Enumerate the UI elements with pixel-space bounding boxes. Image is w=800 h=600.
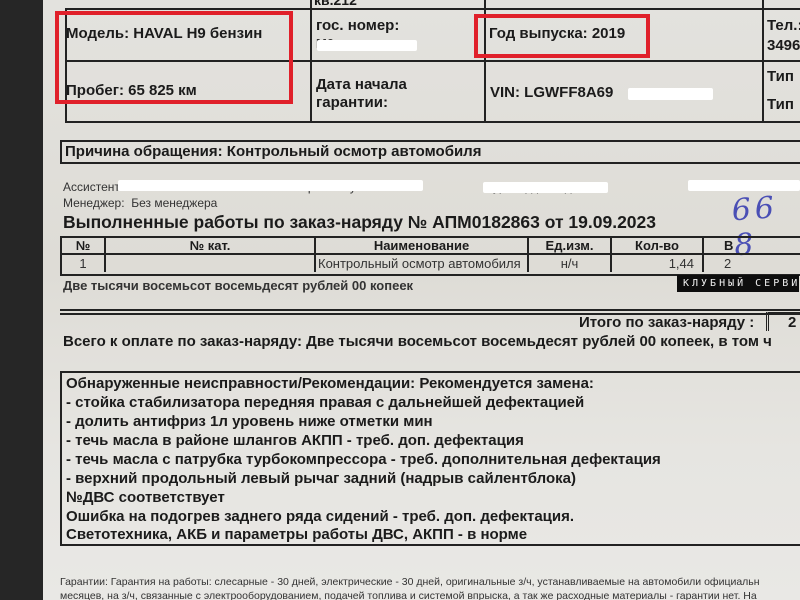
recommendation-item: - верхний продольный левый рычаг задний …: [66, 470, 576, 487]
recommendation-item: №ДВС соответствует: [66, 489, 225, 506]
table-row: 1 Контрольный осмотр автомобиля н/ч 1,44…: [62, 255, 800, 272]
warranty-footer-line-2: месяцев, на з/ч, связанные с электрообор…: [60, 590, 757, 600]
col-header-qty: Кол-во: [612, 238, 704, 253]
row-qty: 1,44: [612, 255, 704, 272]
header-rule-bottom: [65, 121, 800, 123]
highlight-model-mileage: [55, 11, 293, 104]
type-label-2: Тип: [767, 96, 794, 113]
type-label-1: Тип: [767, 68, 794, 85]
col-header-unit: Ед.изм.: [529, 238, 612, 253]
recommendation-item: Светотехника, АКБ и параметры работы ДВС…: [66, 526, 527, 543]
works-table-header: № № кат. Наименование Ед.изм. Кол-во В: [62, 238, 800, 255]
row-cat: [106, 255, 316, 272]
total-value: 2: [788, 314, 796, 331]
assistant-redaction: [118, 180, 423, 191]
row-name: Контрольный осмотр автомобиля: [316, 255, 529, 272]
recommendation-item: - долить антифриз 1л уровень ниже отметк…: [66, 413, 433, 430]
phone-value: 3496: [767, 37, 800, 54]
consultant-redaction: [483, 182, 608, 193]
recommendation-item: - течь масла в районе шлангов АКПП - тре…: [66, 432, 524, 449]
row-num: 1: [62, 255, 106, 272]
amount-in-words: Две тысячи восемьсот восемьдесят рублей …: [63, 278, 413, 293]
recommendation-item: Ошибка на подогрев заднего ряда сидений …: [66, 508, 574, 525]
recommendations-box: Обнаруженные неисправности/Рекомендации:…: [60, 371, 800, 546]
row-unit: н/ч: [529, 255, 612, 272]
total-label: Итого по заказ-наряду :: [579, 314, 754, 331]
header-col-2: [310, 0, 312, 123]
warranty-footer-line-1: Гарантии: Гарантия на работы: слесарные …: [60, 576, 760, 588]
vin-redaction: [628, 88, 713, 100]
col-header-extra: В: [704, 238, 764, 253]
col-header-num: №: [62, 238, 106, 253]
warranty-start-label-1: Дата начала: [316, 76, 407, 93]
recommendations-heading: Обнаруженные неисправности/Рекомендации:…: [66, 375, 594, 392]
address-fragment: кв.212: [314, 0, 357, 8]
service-stamp: КЛУБНЫЙ СЕРВИС: [677, 275, 799, 292]
total-rule-1: [60, 309, 800, 311]
warranty-start-label-2: гарантии:: [316, 94, 388, 111]
vin-field: VIN: LGWFF8A69: [490, 84, 613, 101]
highlight-year: [474, 14, 650, 58]
total-value-box: 2: [766, 312, 800, 331]
manager-line: Менеджер: Без менеджера: [63, 196, 217, 210]
phone-label: Тел.:: [767, 17, 800, 34]
recommendation-item: - стойка стабилизатора передняя правая с…: [66, 394, 584, 411]
work-order-document: кв.212 Модель: HAVAL H9 бензин Пробег: 6…: [43, 0, 800, 600]
col-header-cat: № кат.: [106, 238, 316, 253]
payable-line: Всего к оплате по заказ-наряду: Две тыся…: [63, 333, 772, 350]
works-title: Выполненные работы по заказ-наряду № АПМ…: [63, 212, 656, 233]
plate-label: гос. номер:: [316, 17, 399, 34]
assistant-label: Ассистент:: [63, 180, 123, 194]
reason-box: Причина обращения: Контрольный осмотр ав…: [60, 140, 800, 164]
col-header-name: Наименование: [316, 238, 529, 253]
works-table: № № кат. Наименование Ед.изм. Кол-во В 1…: [60, 236, 800, 276]
recommendation-item: - течь масла с патрубка турбокомпрессора…: [66, 451, 661, 468]
photo-background-edge: [0, 0, 43, 600]
header-col-4: [762, 0, 764, 123]
row-extra: 2: [704, 255, 764, 272]
header-rule-top: [65, 8, 800, 10]
reason-text: Причина обращения: Контрольный осмотр ав…: [65, 143, 481, 160]
plate-redaction: [317, 40, 417, 51]
